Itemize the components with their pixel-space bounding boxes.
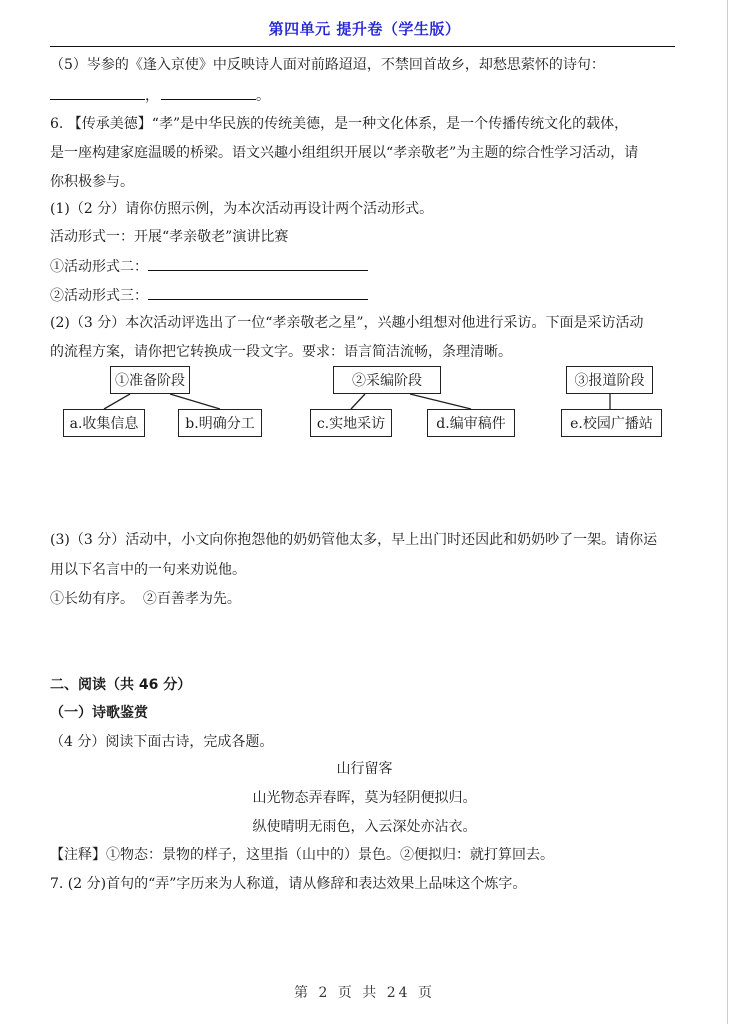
q6-part3-line-2: 用以下名言中的一句来劝说他。 [50,560,246,580]
poem-line-1: 山光物态弄春晖，莫为轻阴便拟归。 [0,788,729,808]
poem-note: 【注释】①物态：景物的样子，这里指（山中的）景色。②便拟归：就打算回去。 [50,845,554,865]
step-box-d: d.编审稿件 [427,409,515,437]
section2-subtitle: （一）诗歌鉴赏 [50,703,148,723]
page-footer: 第 2 页 共 24 页 [0,982,729,1002]
stage-box-report: ③报道阶段 [566,366,653,394]
stage-box-edit: ②采编阶段 [333,366,441,394]
section2-title: 二、阅读（共 46 分） [50,675,191,695]
diagram-connectors [0,0,729,1024]
step-box-e: e.校园广播站 [561,409,662,437]
q6-part3-quotes: ①长幼有序。 ②百善孝为先。 [50,589,241,609]
step-box-b: b.明确分工 [178,409,262,437]
step-box-a: a.收集信息 [63,409,145,437]
step-box-c: c.实地采访 [310,409,392,437]
q6-part3-line-1: (3)（3 分）活动中，小文向你抱怨他的奶奶管他太多，早上出门时还因此和奶奶吵了… [50,530,657,550]
poem-title: 山行留客 [0,759,729,779]
section2-instruction: （4 分）阅读下面古诗，完成各题。 [50,732,273,752]
stage-box-prepare: ①准备阶段 [110,366,190,394]
poem-line-2: 纵使晴明无雨色，入云深处亦沾衣。 [0,817,729,837]
q7-text: 7. (2 分)首句的“弄”字历来为人称道，请从修辞和表达效果上品味这个炼字。 [50,874,526,894]
